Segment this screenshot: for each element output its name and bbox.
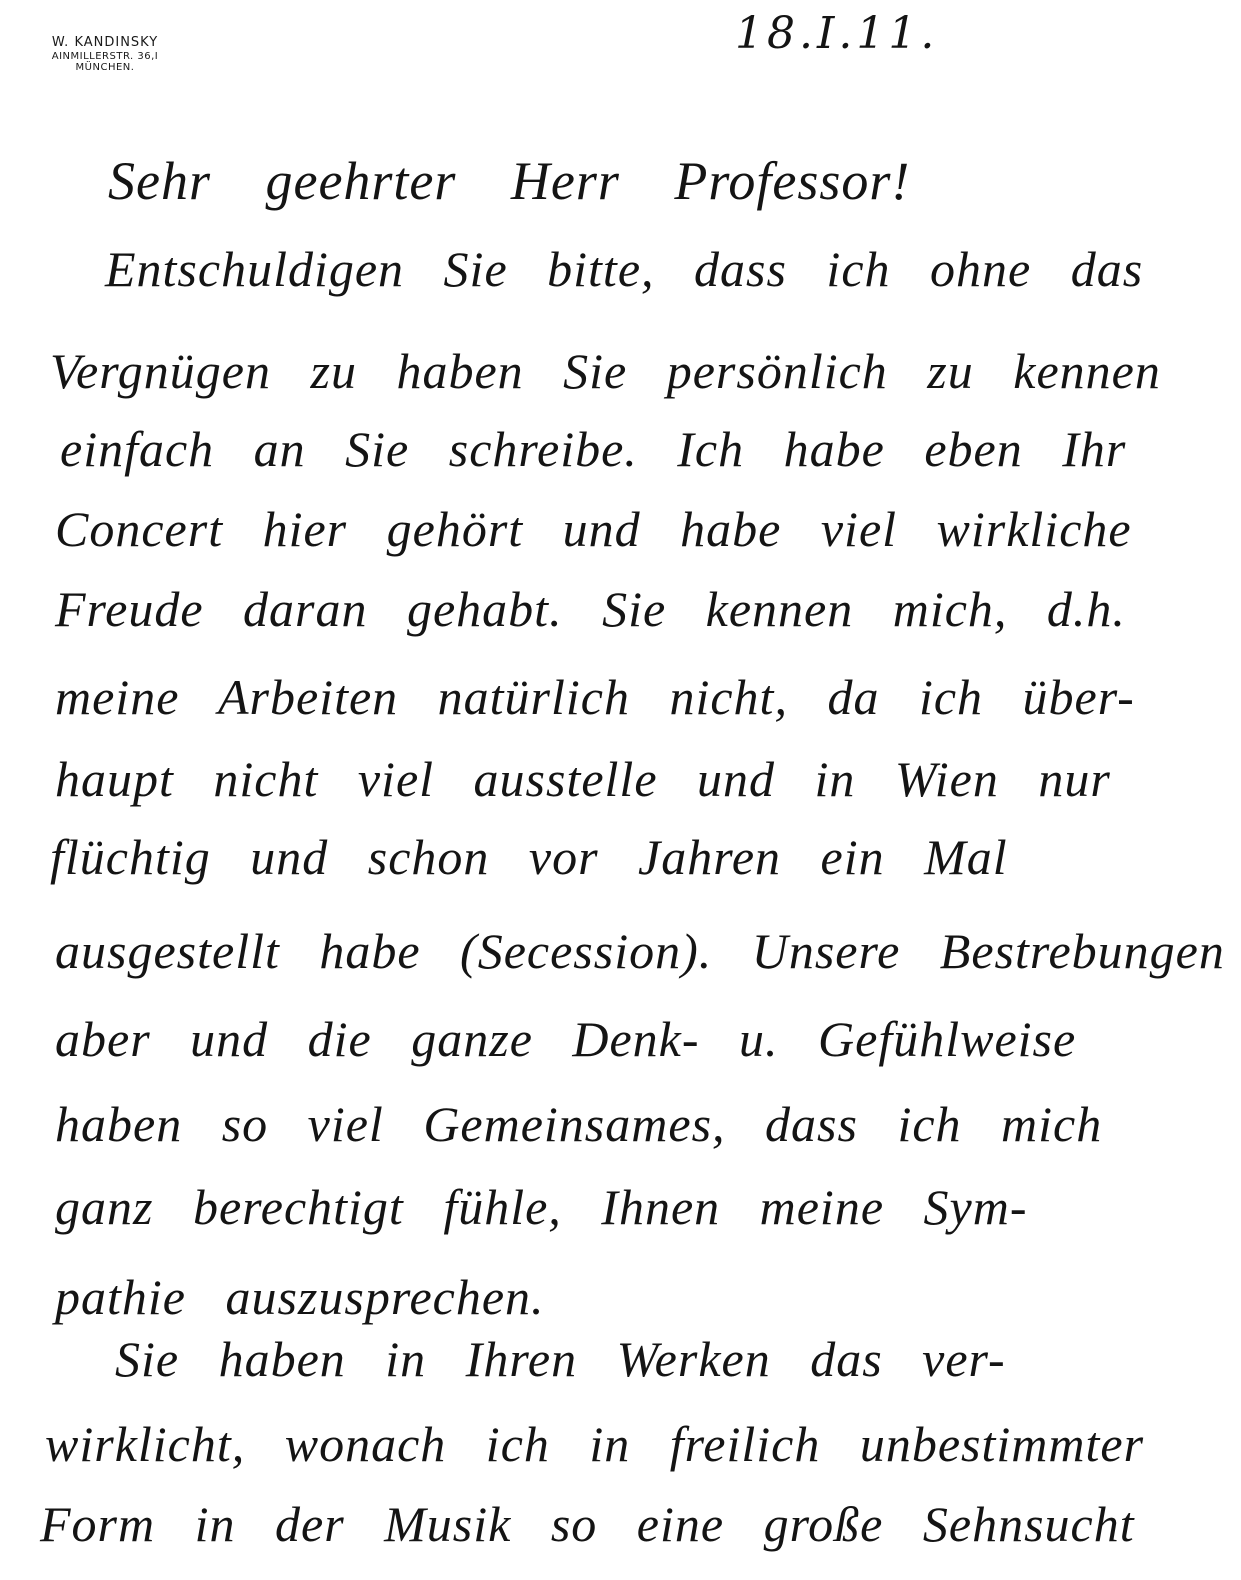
body-line: ausgestellt habe (Secession). Unsere Bes… [55, 922, 1241, 980]
letterhead-name: W. KANDINSKY [30, 36, 180, 51]
body-line: Form in der Musik so eine große Sehnsuch… [40, 1495, 1241, 1553]
letter-date: 18.I.11. [735, 8, 938, 59]
letterhead-street: AINMILLERSTR. 36,I [30, 51, 180, 63]
letterhead-city: MÜNCHEN. [30, 62, 180, 74]
body-line: Freude daran gehabt. Sie kennen mich, d.… [55, 580, 1241, 638]
body-line: haupt nicht viel ausstelle und in Wien n… [55, 750, 1241, 808]
body-line: einfach an Sie schreibe. Ich habe eben I… [60, 420, 1241, 478]
body-line: ganz berechtigt fühle, Ihnen meine Sym- [55, 1178, 1241, 1236]
letterhead: W. KANDINSKY AINMILLERSTR. 36,I MÜNCHEN. [30, 36, 180, 74]
body-line: pathie auszusprechen. [55, 1268, 1241, 1326]
body-line: Entschuldigen Sie bitte, dass ich ohne d… [105, 240, 1241, 298]
salutation: Sehr geehrter Herr Professor! [108, 150, 1241, 212]
body-line: wirklicht, wonach ich in freilich unbest… [45, 1415, 1241, 1473]
body-line: haben so viel Gemeinsames, dass ich mich [55, 1095, 1241, 1153]
body-line: Concert hier gehört und habe viel wirkli… [55, 500, 1241, 558]
body-line: flüchtig und schon vor Jahren ein Mal [50, 828, 1241, 886]
body-line: Vergnügen zu haben Sie persönlich zu ken… [50, 342, 1241, 400]
body-line: Sie haben in Ihren Werken das ver- [115, 1330, 1241, 1388]
body-line: meine Arbeiten natürlich nicht, da ich ü… [55, 668, 1241, 726]
body-line: aber und die ganze Denk- u. Gefühlweise [55, 1010, 1241, 1068]
